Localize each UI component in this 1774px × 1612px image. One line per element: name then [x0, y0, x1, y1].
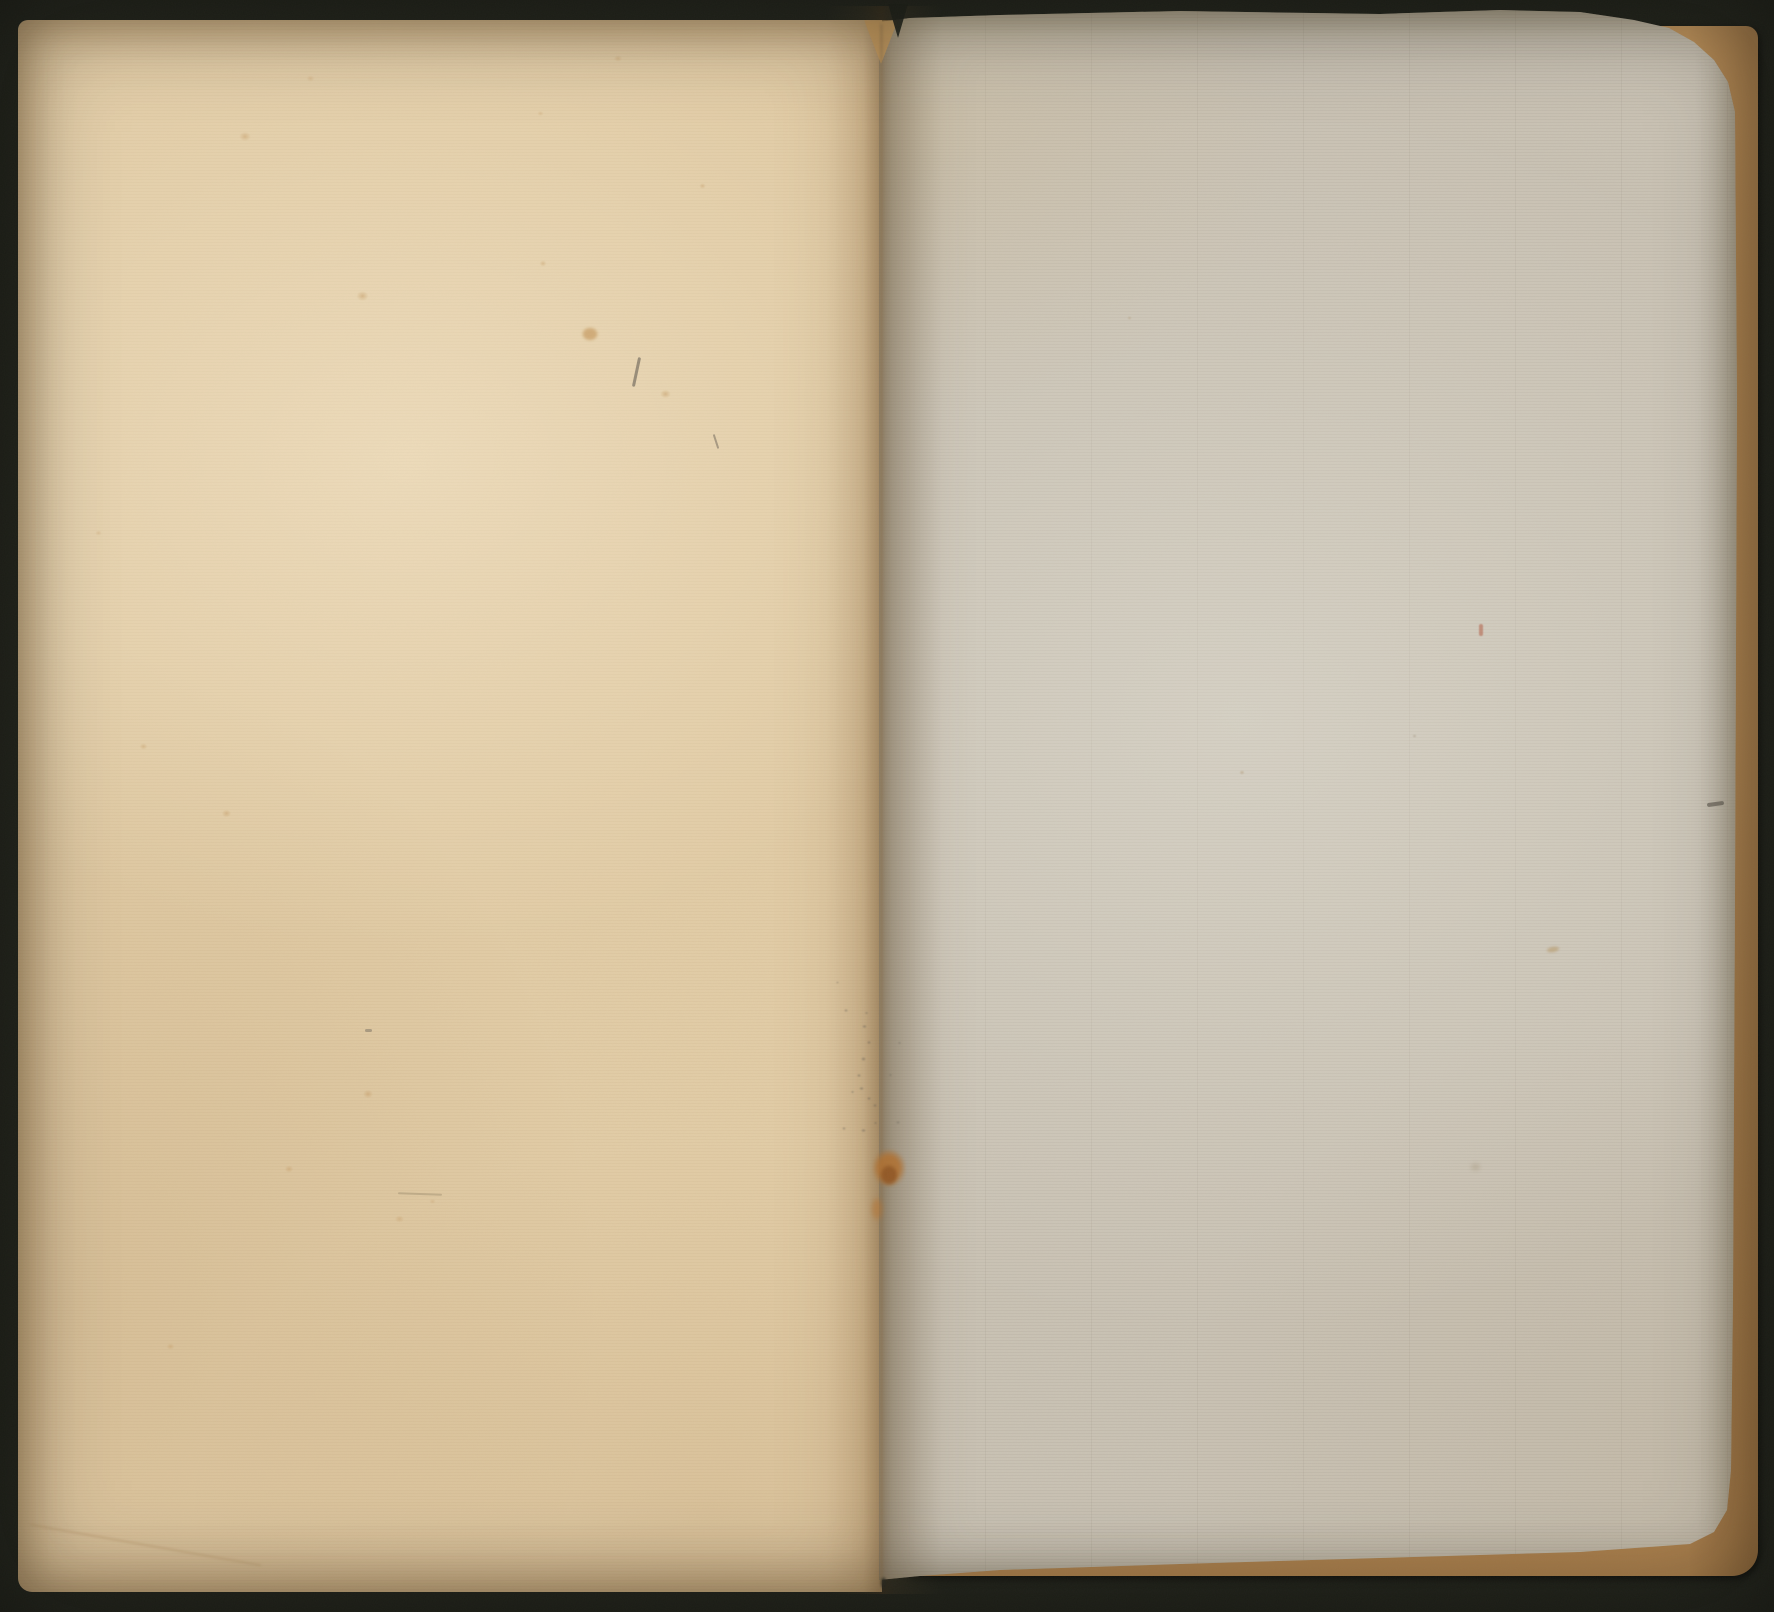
spine-bottom-stain-core	[876, 1160, 902, 1190]
foxing-spot	[698, 182, 707, 190]
foxing-spot	[428, 1198, 437, 1205]
foxing-spot	[578, 324, 602, 344]
ink-ghost-speck	[861, 1024, 868, 1029]
hair-mark	[713, 434, 720, 449]
foxing-spot	[305, 74, 316, 83]
spine-bottom-stain	[866, 1142, 912, 1194]
right-page-spot	[1238, 769, 1246, 776]
foxing-spot	[354, 289, 371, 303]
ink-ghost-speck	[873, 1121, 878, 1125]
ink-ghost-speck	[856, 1073, 862, 1078]
right-page-spot	[1126, 315, 1133, 321]
ink-ghost-speck	[860, 1056, 867, 1062]
ink-ghost-speck	[895, 1120, 901, 1125]
foxing-spot	[220, 808, 233, 819]
pencil-tick	[365, 1029, 372, 1032]
ink-ghost-speck	[866, 1096, 872, 1101]
ink-ghost-speck	[860, 1128, 867, 1133]
foxing-spot	[237, 130, 253, 143]
spine-top-dark-notch	[888, 4, 908, 38]
foxing-spot	[283, 1164, 295, 1174]
ink-ghost-speck	[864, 1011, 869, 1015]
artifacts-layer	[0, 0, 1774, 1612]
ink-ghost-speck	[872, 1103, 878, 1108]
foxing-spot	[658, 388, 673, 400]
ink-ghost-speck	[858, 1086, 865, 1091]
ink-ghost-speck	[841, 1126, 847, 1131]
ink-ghost-speck	[888, 1073, 893, 1077]
corner-crease	[30, 1524, 262, 1567]
right-page-spot	[1411, 733, 1418, 739]
hair-mark	[632, 357, 641, 387]
ink-ghost-speck	[835, 981, 840, 984]
spine-top-stain	[864, 20, 898, 64]
scratch-line	[398, 1192, 442, 1196]
foxing-spot	[393, 1214, 406, 1224]
foxing-spot	[538, 259, 548, 268]
spine-fold-line	[880, 24, 883, 1584]
faint-smudge	[1468, 1161, 1483, 1173]
foxing-spot	[165, 1342, 176, 1351]
red-fiber-mark	[1479, 624, 1483, 636]
foxing-spot	[361, 1088, 375, 1100]
foxing-spot	[536, 110, 545, 117]
spine-bottom-dark-notch	[879, 1574, 888, 1592]
ink-ghost-speck	[850, 1090, 855, 1094]
tan-smudge	[1542, 943, 1563, 955]
edge-tick-mark	[1707, 801, 1724, 807]
ink-ghost-speck	[897, 1041, 902, 1045]
foxing-spot	[612, 54, 624, 63]
book-scan	[0, 0, 1774, 1612]
foxing-spot	[94, 529, 103, 537]
foxing-spot	[138, 742, 149, 751]
spine-bottom-stain-tail	[868, 1192, 886, 1226]
ink-ghost-speck	[843, 1008, 849, 1013]
ink-ghost-speck	[866, 1040, 872, 1045]
